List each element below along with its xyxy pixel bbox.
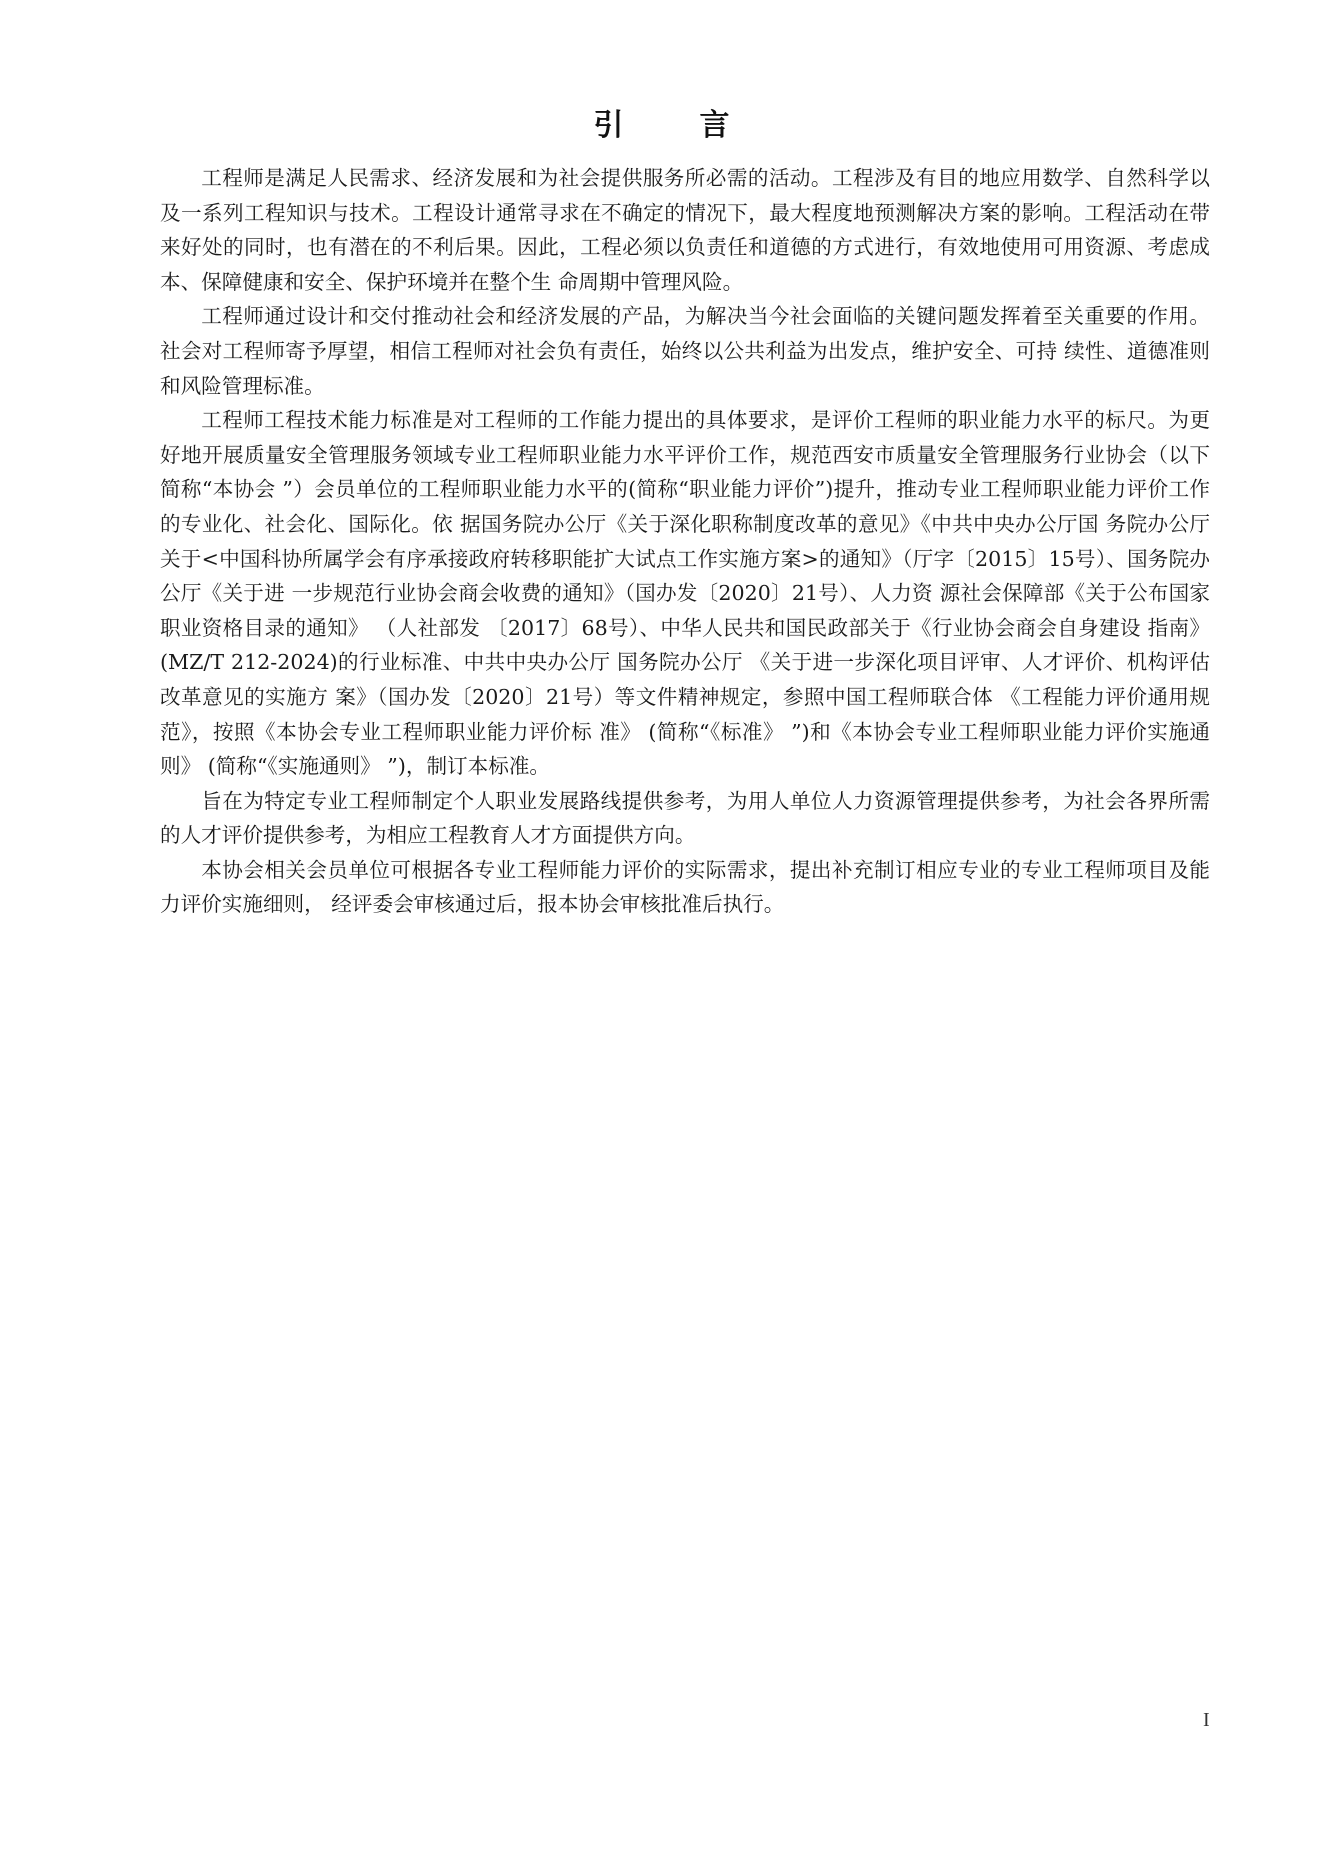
paragraph-5: 本协会相关会员单位可根据各专业工程师能力评价的实际需求，提出补充制订相应专业的专… (160, 853, 1210, 922)
paragraph-1: 工程师是满足人民需求、经济发展和为社会提供服务所必需的活动。工程涉及有目的地应用… (160, 161, 1210, 299)
document-page: 引言 工程师是满足人民需求、经济发展和为社会提供服务所必需的活动。工程涉及有目的… (0, 0, 1323, 1871)
paragraph-4: 旨在为特定专业工程师制定个人职业发展路线提供参考，为用人单位人力资源管理提供参考… (160, 784, 1210, 853)
body-text: 工程师是满足人民需求、经济发展和为社会提供服务所必需的活动。工程涉及有目的地应用… (160, 161, 1210, 922)
paragraph-3: 工程师工程技术能力标准是对工程师的工作能力提出的具体要求，是评价工程师的职业能力… (160, 403, 1210, 784)
page-number: I (1203, 1708, 1210, 1732)
title-char-1: 引 (594, 104, 624, 148)
paragraph-2: 工程师通过设计和交付推动社会和经济发展的产品，为解决当今社会面临的关键问题发挥着… (160, 299, 1210, 403)
page-title: 引言 (0, 104, 1323, 148)
title-char-2: 言 (700, 104, 730, 148)
